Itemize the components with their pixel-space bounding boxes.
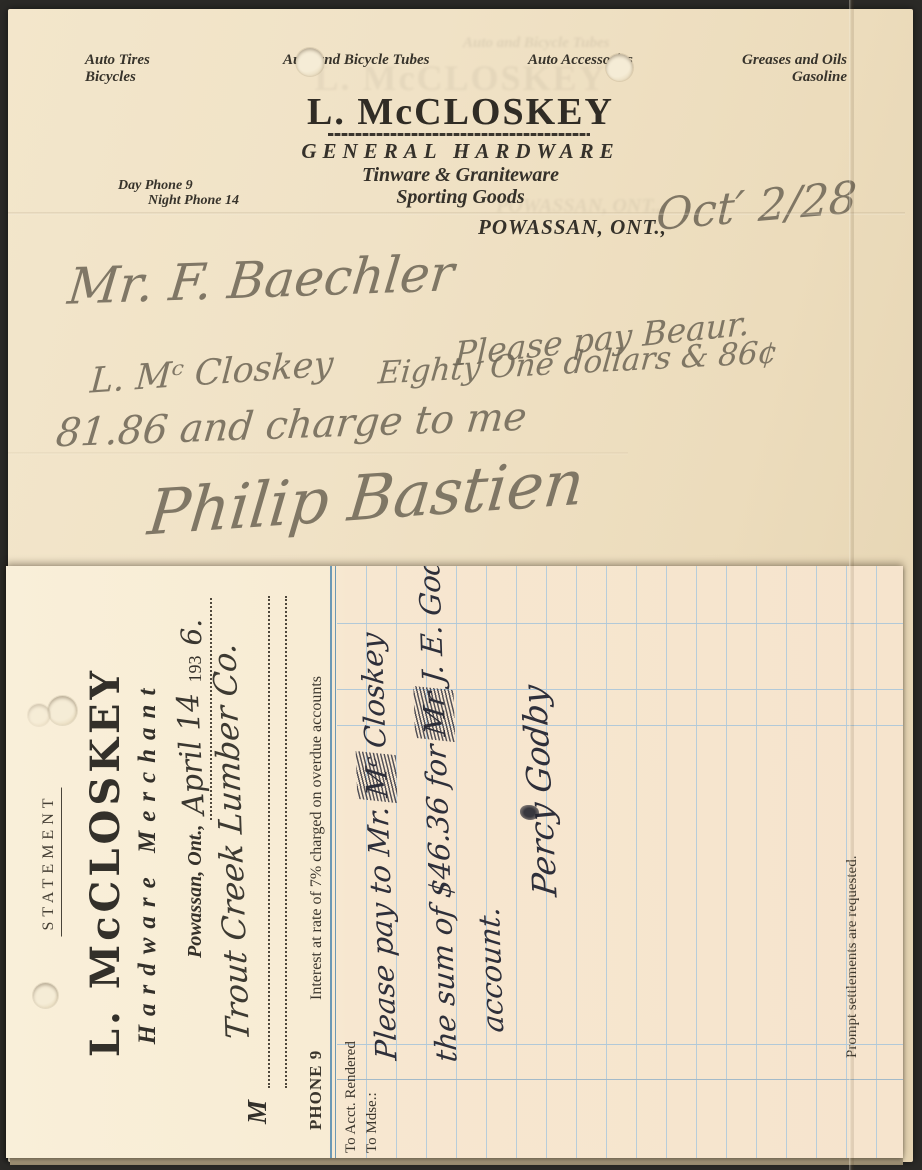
punch-hole [48,696,77,725]
punch-hole [28,704,50,726]
title-rule [328,133,590,136]
night-phone: Night Phone 14 [148,193,239,209]
handwritten-amount-line: 81.86 and charge to me [54,395,529,457]
fold-crease [849,0,854,1170]
message-text: Closkey [354,631,392,749]
statement-sheet: STATEMENT L. McCLOSKEY Hardware Merchant… [6,566,903,1158]
handwritten-signature-philip-bastien: Philip Bastien [145,445,588,549]
handwritten-message-line3: account. [472,905,511,1034]
punch-hole [606,54,633,81]
tagline-line: Gasoline [705,69,847,86]
place-line: POWASSAN, ONT., [478,215,667,240]
ledger-column-rule [337,1044,903,1045]
scanned-document: Auto and Bicycle Tubes L. McCLOSKEY POWA… [0,0,922,1170]
tagline-line: Auto Tires [85,52,150,69]
punch-hole [296,48,324,76]
statement-year-printed: 193 [185,656,206,683]
statement-place: Powassan, Ont., [184,825,207,958]
fold-crease [8,212,905,215]
company-title: L. McCLOSKEY [8,90,913,134]
ledger-column-rule [337,1079,903,1080]
interest-note: Interest at rate of 7% charged on overdu… [308,676,326,1000]
tagline-auto-tires: Auto Tires Bicycles [85,52,150,86]
punch-hole [33,983,58,1008]
row-label-acct: To Acct. Rendered [343,1041,360,1153]
handwritten-payer-name: L. Mᶜ Closkey [89,344,335,401]
handwritten-statement-date: April 14 [171,692,212,816]
ledger-header-rule [330,566,332,1158]
tagline-line: Greases and Oils [705,52,847,69]
handwritten-statement-year: 6. [175,619,208,646]
row-label-mdse: To Mdse.: [364,1092,381,1153]
ghost-tagline-text: Auto and Bicycle Tubes [463,35,610,52]
customer-dotted-line [285,596,287,1088]
scribbled-word: Mr [416,690,452,737]
statement-m-label: M [242,1100,273,1124]
day-phone: Day Phone 9 [118,178,193,194]
tagline-greases: Greases and Oils Gasoline [705,52,847,86]
customer-dotted-line [268,596,270,1088]
handwritten-addressee: Mr. F. Baechler [65,244,457,316]
ink-blot [520,805,539,820]
company-subtitle: GENERAL HARDWARE [8,139,913,164]
fold-crease [8,452,628,455]
ledger-header-rule [335,566,336,1158]
statement-company: L. McCLOSKEY [82,566,129,1158]
statement-label: STATEMENT [40,787,62,936]
message-text: J. E. Godby [410,566,450,685]
statement-date-line: Powassan, Ont., April 14 193 6. [174,619,209,958]
statement-phone: PHONE 9 [306,1050,326,1130]
statement-trade: Hardware Merchant [134,566,162,1158]
handwritten-customer-name: Trout Creek Lumber Co. [205,641,257,1042]
statement-rotated-content: STATEMENT L. McCLOSKEY Hardware Merchant… [6,566,903,1158]
scribbled-word: Mᶜ [359,755,395,798]
tagline-line: Bicycles [85,69,150,86]
